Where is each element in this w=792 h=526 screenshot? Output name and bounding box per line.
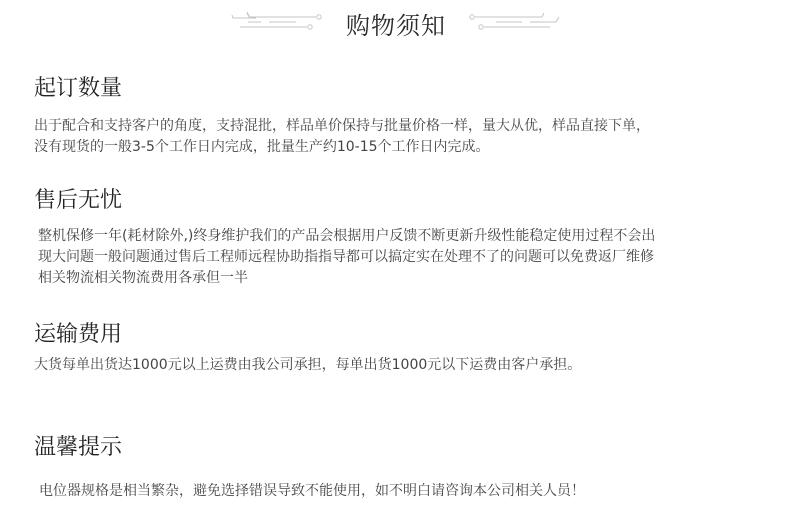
section-body: 电位器规格是相当繁杂，避免选择错误导致不能使用，如不明白请咨询本公司相关人员！	[34, 481, 774, 502]
section-after-sales: 售后无忧 整机保修一年(耗材除外,)终身维护我们的产品会根据用户反馈不断更新升级…	[34, 186, 774, 289]
section-body: 大货每单出货达1000元以上运费由我公司承担，每单出货1000元以下运费由客户承…	[34, 355, 774, 376]
circuit-ornament-right-icon	[460, 10, 570, 40]
section-tips: 温馨提示 电位器规格是相当繁杂，避免选择错误导致不能使用，如不明白请咨询本公司相…	[34, 433, 774, 502]
body-line: 现大问题一般问题通过售后工程师远程协助指指导都可以搞定实在处理不了的问题可以免费…	[38, 249, 654, 265]
page-header: 购物须知	[0, 0, 792, 50]
section-title: 售后无忧	[34, 186, 774, 216]
body-line: 电位器规格是相当繁杂，避免选择错误导致不能使用，如不明白请咨询本公司相关人员！	[39, 483, 585, 499]
section-minimum-order: 起订数量 出于配合和支持客户的角度，支持混批，样品单价保持与批量价格一样，量大从…	[34, 74, 774, 158]
section-shipping-cost: 运输费用 大货每单出货达1000元以上运费由我公司承担，每单出货1000元以下运…	[34, 320, 774, 376]
body-line: 整机保修一年(耗材除外,)终身维护我们的产品会根据用户反馈不断更新升级性能稳定使…	[38, 228, 655, 244]
section-title: 温馨提示	[34, 433, 774, 463]
section-body: 整机保修一年(耗材除外,)终身维护我们的产品会根据用户反馈不断更新升级性能稳定使…	[34, 226, 774, 289]
body-line: 没有现货的一般3-5个工作日内完成，批量生产约10-15个工作日内完成。	[34, 139, 490, 155]
section-title: 起订数量	[34, 74, 774, 104]
body-line: 出于配合和支持客户的角度，支持混批，样品单价保持与批量价格一样，量大从优，样品直…	[34, 118, 650, 134]
body-line: 大货每单出货达1000元以上运费由我公司承担，每单出货1000元以下运费由客户承…	[34, 357, 581, 373]
section-title: 运输费用	[34, 320, 774, 350]
page-title: 购物须知	[0, 10, 792, 42]
body-line: 相关物流相关物流费用各承但一半	[38, 270, 248, 286]
section-body: 出于配合和支持客户的角度，支持混批，样品单价保持与批量价格一样，量大从优，样品直…	[34, 116, 774, 158]
